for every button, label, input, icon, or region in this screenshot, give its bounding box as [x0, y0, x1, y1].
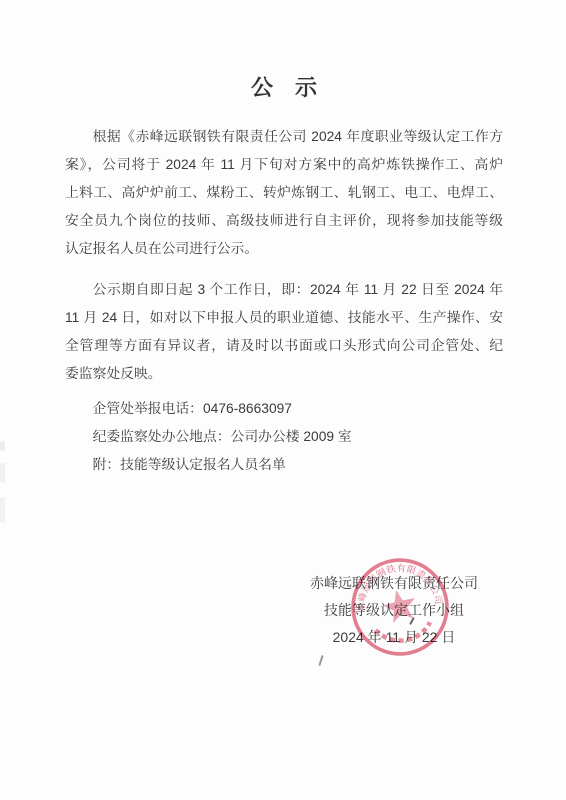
- pen-slash-mark: [318, 655, 323, 666]
- paragraph-line: 全管理等方面有异议者，请及时以书面或口头形式向公司企管处、纪: [65, 332, 503, 360]
- paragraph-2: 公示期自即日起 3 个工作日，即：2024 年 11 月 22 日至 2024 …: [65, 276, 503, 388]
- scan-artifact: [0, 441, 5, 451]
- contact-address-line: 纪委监察处办公地点：公司办公楼 2009 室: [65, 423, 503, 451]
- contact-phone-line: 企管处举报电话：0476-8663097: [65, 395, 503, 423]
- paragraph-line: 上料工、高炉炉前工、煤粉工、转炉炼钢工、轧钢工、电工、电焊工、: [65, 179, 503, 207]
- contact-info-block: 企管处举报电话：0476-8663097 纪委监察处办公地点：公司办公楼 200…: [65, 395, 503, 479]
- paragraph-line: 委监察处反映。: [65, 360, 503, 388]
- seal-bottom-text-marks: [375, 622, 432, 644]
- scan-artifact: [0, 497, 5, 523]
- paragraph-1: 根据《赤峰远联钢铁有限责任公司 2024 年度职业等级认定工作方 案》，公司将于…: [65, 123, 503, 263]
- notice-body: 根据《赤峰远联钢铁有限责任公司 2024 年度职业等级认定工作方 案》，公司将于…: [65, 123, 503, 479]
- paragraph-line: 公示期自即日起 3 个工作日，即：2024 年 11 月 22 日至 2024 …: [65, 276, 503, 304]
- scan-artifact: [0, 463, 5, 483]
- paragraph-line: 案》，公司将于 2024 年 11 月下旬对方案中的高炉炼铁操作工、高炉: [65, 151, 503, 179]
- company-seal-stamp: 赤峰远联钢铁有限责任公司: [342, 548, 457, 665]
- paragraph-line: 安全员九个岗位的技师、高级技师进行自主评价，现将参加技能等级: [65, 207, 503, 235]
- paragraph-line: 11 月 24 日，如对以下申报人员的职业道德、技能水平、生产操作、安: [65, 304, 503, 332]
- notice-document-page: 公 示 根据《赤峰远联钢铁有限责任公司 2024 年度职业等级认定工作方 案》，…: [0, 0, 566, 800]
- notice-title: 公 示: [64, 75, 504, 101]
- paragraph-line: 根据《赤峰远联钢铁有限责任公司 2024 年度职业等级认定工作方: [65, 123, 503, 151]
- attachment-line: 附：技能等级认定报名人员名单: [65, 451, 503, 479]
- paragraph-line: 认定报名人员在公司进行公示。: [65, 235, 503, 263]
